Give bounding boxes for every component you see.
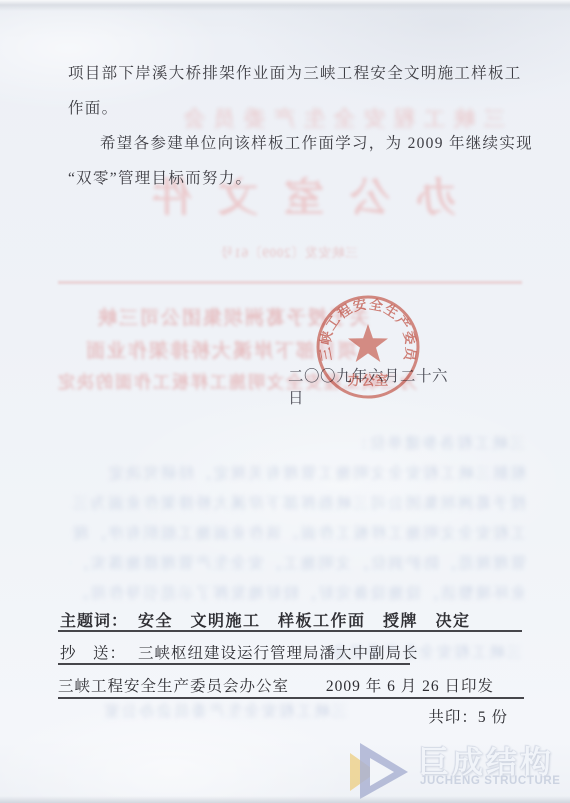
body-line: 作面。 xyxy=(68,91,522,126)
bleedthrough-title-line: 项目部下岸溪大桥排架作业面 xyxy=(84,336,357,363)
subject-terms: 安全 文明施工 样板工作面 授牌 决定 xyxy=(138,613,471,630)
print-date: 2009 年 6 月 26 日印发 xyxy=(326,674,494,696)
jucheng-logo-icon xyxy=(350,741,414,801)
bleedthrough-text-line: 管理规范，防护到位，文明施工，安全生产管理措施落实，作 xyxy=(70,552,526,573)
bleedthrough-text-line: 三峡工程各参建单位： xyxy=(335,432,525,453)
paper-bottom-edge xyxy=(0,796,570,803)
jucheng-name-cn: 巨成结构 xyxy=(418,737,554,782)
bleedthrough-text-line: 授予葛洲坝集团公司三峡指挥部下岸溪大桥排架作业面为三峡 xyxy=(70,492,526,513)
copies-count: 共印：5 份 xyxy=(428,705,508,727)
jucheng-watermark: 巨成结构 JUCHENG STRUCTURE xyxy=(350,740,568,802)
jucheng-name-en: JUCHENG STRUCTURE xyxy=(420,775,561,787)
issuer-row: 三峡工程安全生产委员会办公室 2009 年 6 月 26 日印发 xyxy=(58,674,494,696)
bleedthrough-text-line: 三峡工程安全生产委员会办公室 xyxy=(75,700,347,721)
body-line: 项目部下岸溪大桥排架作业面为三峡工程安全文明施工样板工 xyxy=(68,56,522,91)
cc-value: 三峡枢纽建设运行管理局潘大中副局长 xyxy=(138,645,419,662)
paper-top-edge xyxy=(0,0,570,11)
bleedthrough-text-line: 工程安全文明施工样板工作面。该作业面施工组织有序，现场 xyxy=(70,522,526,543)
bleedthrough-doc-number: 三峡安发〔2009〕61号 xyxy=(220,243,358,261)
seal-ring-text: 三峡工程安全生产委员会 xyxy=(306,285,419,363)
subject-label: 主题词： xyxy=(60,613,128,630)
document-body: 项目部下岸溪大桥排架作业面为三峡工程安全文明施工样板工 作面。 希望各参建单位向… xyxy=(68,56,522,196)
body-line: “双零”管理目标而努力。 xyxy=(68,161,522,196)
bleedthrough-text-line: 根据三峡工程安全文明施工管理有关规定，经研究决定 xyxy=(70,462,526,483)
divider-line xyxy=(58,663,410,665)
cc-label: 抄 送： xyxy=(60,645,126,662)
seal-star-icon xyxy=(348,324,388,362)
body-line: 希望各参建单位向该样板工作面学习，为 2009 年继续实现 xyxy=(68,126,522,161)
subject-keywords-row: 主题词：安全 文明施工 样板工作面 授牌 决定 xyxy=(60,608,471,631)
bleedthrough-title-line: 关于授予葛洲坝集团公司三峡 xyxy=(96,303,369,330)
signature-date: 二〇〇九年六月二十六日 xyxy=(288,364,463,408)
bleedthrough-red-divider xyxy=(58,281,522,284)
scanned-document-page: 三峡工程安全生产委员会 办公室文件 三峡安发〔2009〕61号 关于授予葛洲坝集… xyxy=(0,0,570,803)
cc-row: 抄 送：三峡枢纽建设运行管理局潘大中副局长 xyxy=(60,641,419,663)
bleedthrough-text-line: 业环境整洁，设施设备完好，较好地发挥了示范引导作用。 xyxy=(70,582,526,603)
divider-line xyxy=(58,630,522,632)
issuer-name: 三峡工程安全生产委员会办公室 xyxy=(58,674,289,696)
divider-line xyxy=(58,697,524,699)
